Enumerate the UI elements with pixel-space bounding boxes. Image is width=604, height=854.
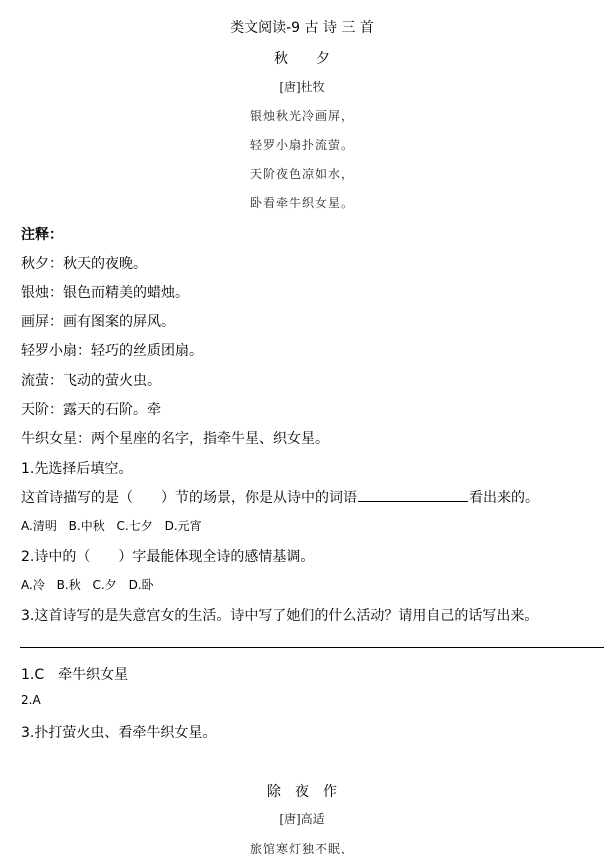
note-item: 流萤：飞动的萤火虫。 [21,370,161,390]
option-d: D.元宵 [165,519,202,533]
option-c: C.七夕 [117,519,153,533]
question-2-options: A.冷 B.秋 C.夕 D.卧 [21,576,162,593]
option-c: C.夕 [93,578,117,592]
option-b: B.秋 [57,578,81,592]
note-item: 轻罗小扇：轻巧的丝质团扇。 [21,340,203,360]
answer-item: 3.扑打萤火虫、看牵牛织女星。 [21,722,216,742]
option-b: B.中秋 [69,519,105,533]
note-item: 画屏：画有图案的屏风。 [21,311,175,331]
fill-in-blank[interactable] [358,487,468,502]
poem-line: 卧看牵牛织女星。 [0,194,604,211]
notes-label: 注释： [21,224,63,244]
poem-author: [唐]杜牧 [0,78,604,95]
question-1-stem-part1: 这首诗描写的是（ ）节的场景，你是从诗中的词语 [21,490,357,506]
question-3-stem: 3.这首诗写的是失意宫女的生活。诗中写了她们的什么活动？请用自己的话写出来。 [21,605,538,625]
question-1-stem-part2: 看出来的。 [469,490,539,506]
answer-item: 1.C 牵牛织女星 [21,664,128,684]
option-a: A.冷 [21,578,45,592]
note-item: 牛织女星：两个星座的名字，指牵牛星、织女星。 [21,428,329,448]
poem-line: 银烛秋光冷画屏， [0,107,604,124]
option-a: A.清明 [21,519,57,533]
answer-item: 2.A [21,693,41,707]
question-2-stem: 2.诗中的（ ）字最能体现全诗的感情基调。 [21,546,314,566]
question-1-label: 1.先选择后填空。 [21,458,132,478]
note-item: 天阶：露天的石阶。牵 [21,399,161,419]
poem-line: 天阶夜色凉如水， [0,165,604,182]
question-1-options: A.清明 B.中秋 C.七夕 D.元宵 [21,517,210,534]
note-item: 银烛：银色而精美的蜡烛。 [21,282,189,302]
poem-line: 轻罗小扇扑流萤。 [0,136,604,153]
poem-title: 除 夜 作 [0,781,604,801]
poem-line: 旅馆寒灯独不眠， [0,840,604,854]
note-item: 秋夕：秋天的夜晚。 [21,253,147,273]
poem-title: 秋 夕 [0,48,604,68]
document-heading: 类文阅读-9 古 诗 三 首 [0,17,604,37]
poem-author: [唐]高适 [0,810,604,827]
option-d: D.卧 [129,578,154,592]
answer-line [20,647,604,648]
question-1-stem: 这首诗描写的是（ ）节的场景，你是从诗中的词语看出来的。 [21,487,539,507]
